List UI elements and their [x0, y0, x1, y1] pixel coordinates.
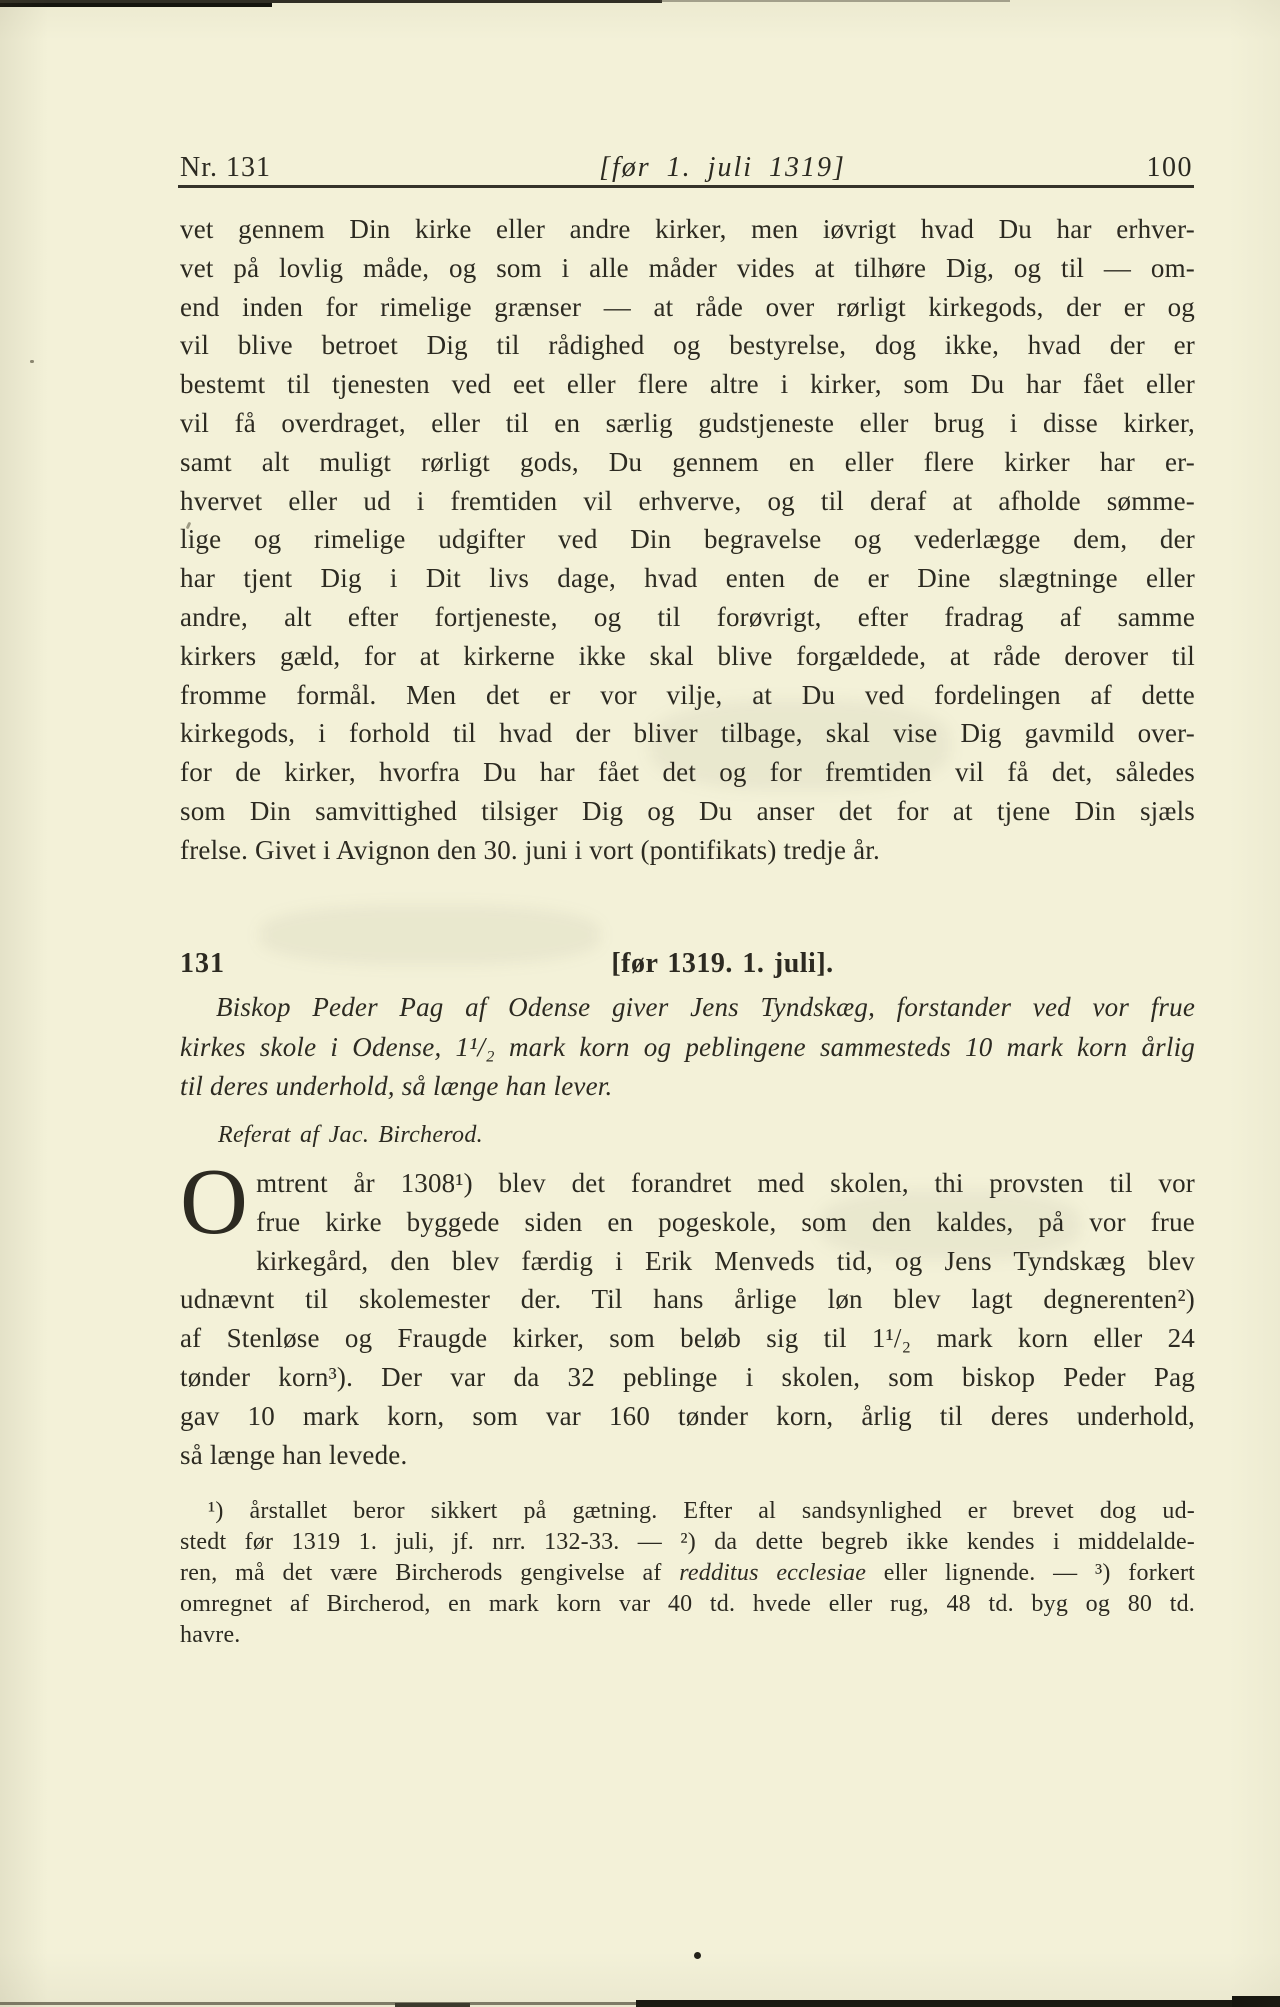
text-line: havre.: [180, 1620, 1195, 1651]
text-line: mtrent år 1308¹) blev det forandret med …: [180, 1164, 1195, 1203]
text-line: vil blive betroet Dig til rådighed og be…: [180, 326, 1195, 365]
text-line: hvervet eller ud i fremtiden vil erhverv…: [180, 482, 1195, 521]
drop-cap-letter: O: [180, 1166, 248, 1242]
doc-131-date-heading: [før 1319. 1. juli].: [180, 948, 1195, 980]
running-head: Nr. 131 [før 1. juli 1319] 100: [180, 152, 1195, 186]
scan-artifact-top-bar: [0, 0, 272, 7]
text-line: som Din samvittighed tilsiger Dig og Du …: [180, 792, 1195, 831]
text-line: kirkes skole i Odense, 1¹/₂ mark korn og…: [180, 1028, 1195, 1068]
text-line: samt alt muligt rørligt gods, Du gennem …: [180, 443, 1195, 482]
text-line: fromme formål. Men det er vor vilje, at …: [180, 676, 1195, 715]
text-line: vet på lovlig måde, og som i alle måder …: [180, 249, 1195, 288]
page-number: 100: [1147, 152, 1194, 184]
doc-131-source-note: Referat af Jac. Bircherod.: [218, 1122, 483, 1149]
scan-artifact-bottom-line: [0, 2002, 1280, 2005]
text-line: andre, alt efter fortjeneste, og til for…: [180, 598, 1195, 637]
text-line: tønder korn³). Der var da 32 peblinge i …: [180, 1358, 1195, 1397]
text-line: frue kirke byggede siden en pogeskole, s…: [180, 1203, 1195, 1242]
scanned-book-page: Nr. 131 [før 1. juli 1319] 100 vet genne…: [0, 0, 1280, 2007]
text-line: gav 10 mark korn, som var 160 tønder kor…: [180, 1397, 1195, 1436]
scan-artifact-bottom-corner: [1232, 1996, 1280, 2007]
text-line: kirkegård, den blev færdig i Erik Menved…: [180, 1242, 1195, 1281]
text-line: for de kirker, hvorfra Du har fået det o…: [180, 753, 1195, 792]
ink-dot-artifact: [694, 1952, 701, 1959]
running-head-date: [før 1. juli 1319]: [180, 152, 1195, 184]
text-line: har tjent Dig i Dit livs dage, hvad ente…: [180, 559, 1195, 598]
text-line: af Stenløse og Fraugde kirker, som beløb…: [180, 1319, 1195, 1358]
scan-artifact-bottom-bar: [636, 2000, 1280, 2007]
text-line: til deres underhold, så længe han lever.: [180, 1067, 1195, 1107]
text-line: så længe han levede.: [180, 1436, 1195, 1475]
text-line: frelse. Givet i Avignon den 30. juni i v…: [180, 831, 1195, 870]
text-line: stedt før 1319 1. juli, jf. nrr. 132-33.…: [180, 1527, 1195, 1558]
doc-131-heading: 131 [før 1319. 1. juli].: [180, 948, 1195, 980]
text-line: lige og rimelige udgifter ved Din begrav…: [180, 520, 1195, 559]
doc-131-summary: Biskop Peder Pag af Odense giver Jens Ty…: [180, 988, 1195, 1107]
scan-artifact-top-line: [0, 0, 662, 3]
text-line: bestemt til tjenesten ved eet eller fler…: [180, 365, 1195, 404]
scan-artifact-bottom-chip: [395, 2003, 470, 2007]
paper-speck: [30, 360, 34, 363]
header-rule: [178, 185, 1194, 188]
footnotes-text: ¹) årstallet beror sikkert på gætning. E…: [180, 1496, 1195, 1651]
text-line: ren, må det være Bircherods gengivelse a…: [180, 1558, 1195, 1589]
text-line: vet gennem Din kirke eller andre kirker,…: [180, 210, 1195, 249]
text-line: end inden for rimelige grænser — at råde…: [180, 288, 1195, 327]
text-line: kirkers gæld, for at kirkerne ikke skal …: [180, 637, 1195, 676]
text-line: omregnet af Bircherod, en mark korn var …: [180, 1589, 1195, 1620]
text-line: vil få overdraget, eller til en særlig g…: [180, 404, 1195, 443]
document-number-running-head: Nr. 131: [180, 152, 271, 184]
text-line: udnævnt til skolemester der. Til hans år…: [180, 1280, 1195, 1319]
doc-131-body: O mtrent år 1308¹) blev det forandret me…: [180, 1164, 1195, 1474]
doc-130-continuation-text: vet gennem Din kirke eller andre kirker,…: [180, 210, 1195, 870]
text-line: kirkegods, i forhold til hvad der bliver…: [180, 714, 1195, 753]
text-line: Biskop Peder Pag af Odense giver Jens Ty…: [180, 988, 1195, 1028]
text-line: ¹) årstallet beror sikkert på gætning. E…: [180, 1496, 1195, 1527]
doc-131-number: 131: [180, 948, 225, 980]
scan-artifact-top-line-faint: [660, 0, 1010, 2]
